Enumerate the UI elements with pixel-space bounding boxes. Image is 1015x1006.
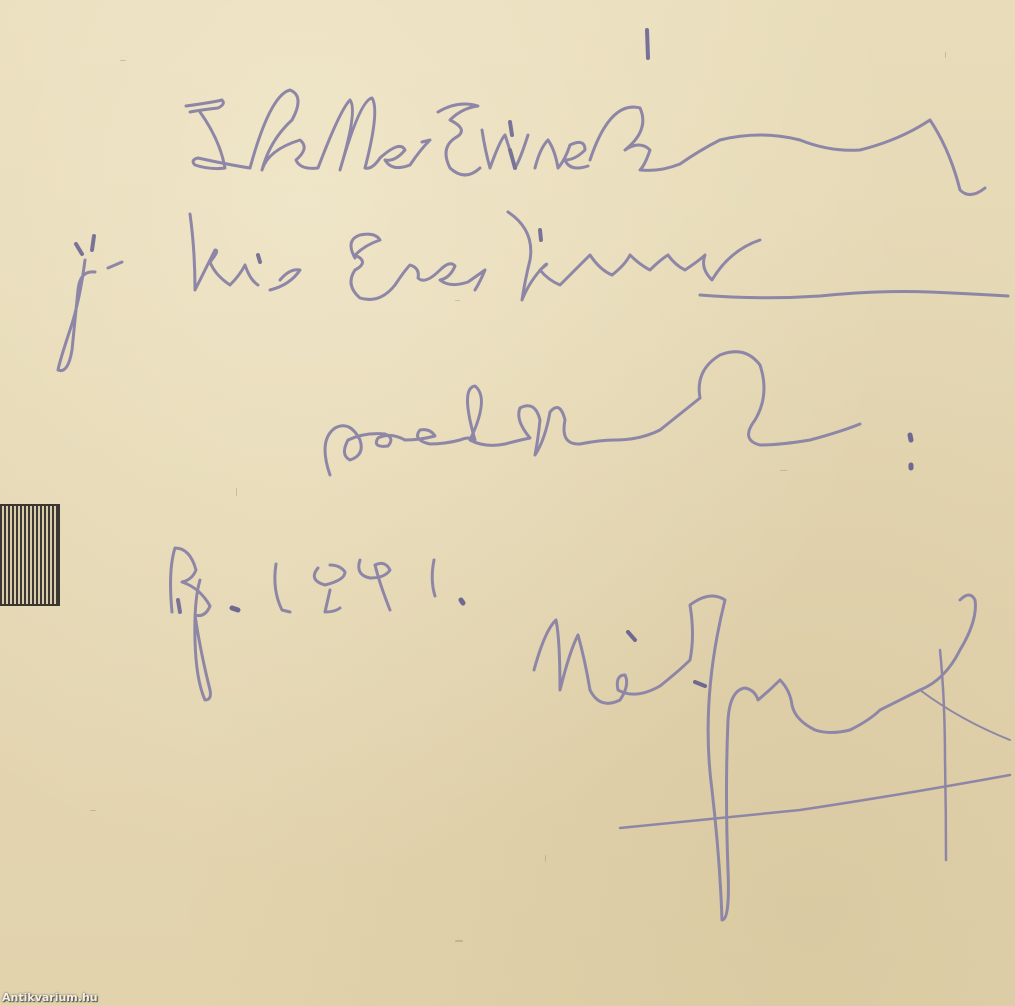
place-date — [171, 548, 463, 700]
line2-jo-kis-eves — [58, 212, 1008, 371]
watermark: Antikvarium.hu — [2, 991, 98, 1004]
handwriting — [0, 0, 1015, 1006]
line3-szeretettel — [325, 352, 911, 475]
line1-heller-evinek — [186, 90, 985, 195]
signature — [534, 595, 1010, 920]
